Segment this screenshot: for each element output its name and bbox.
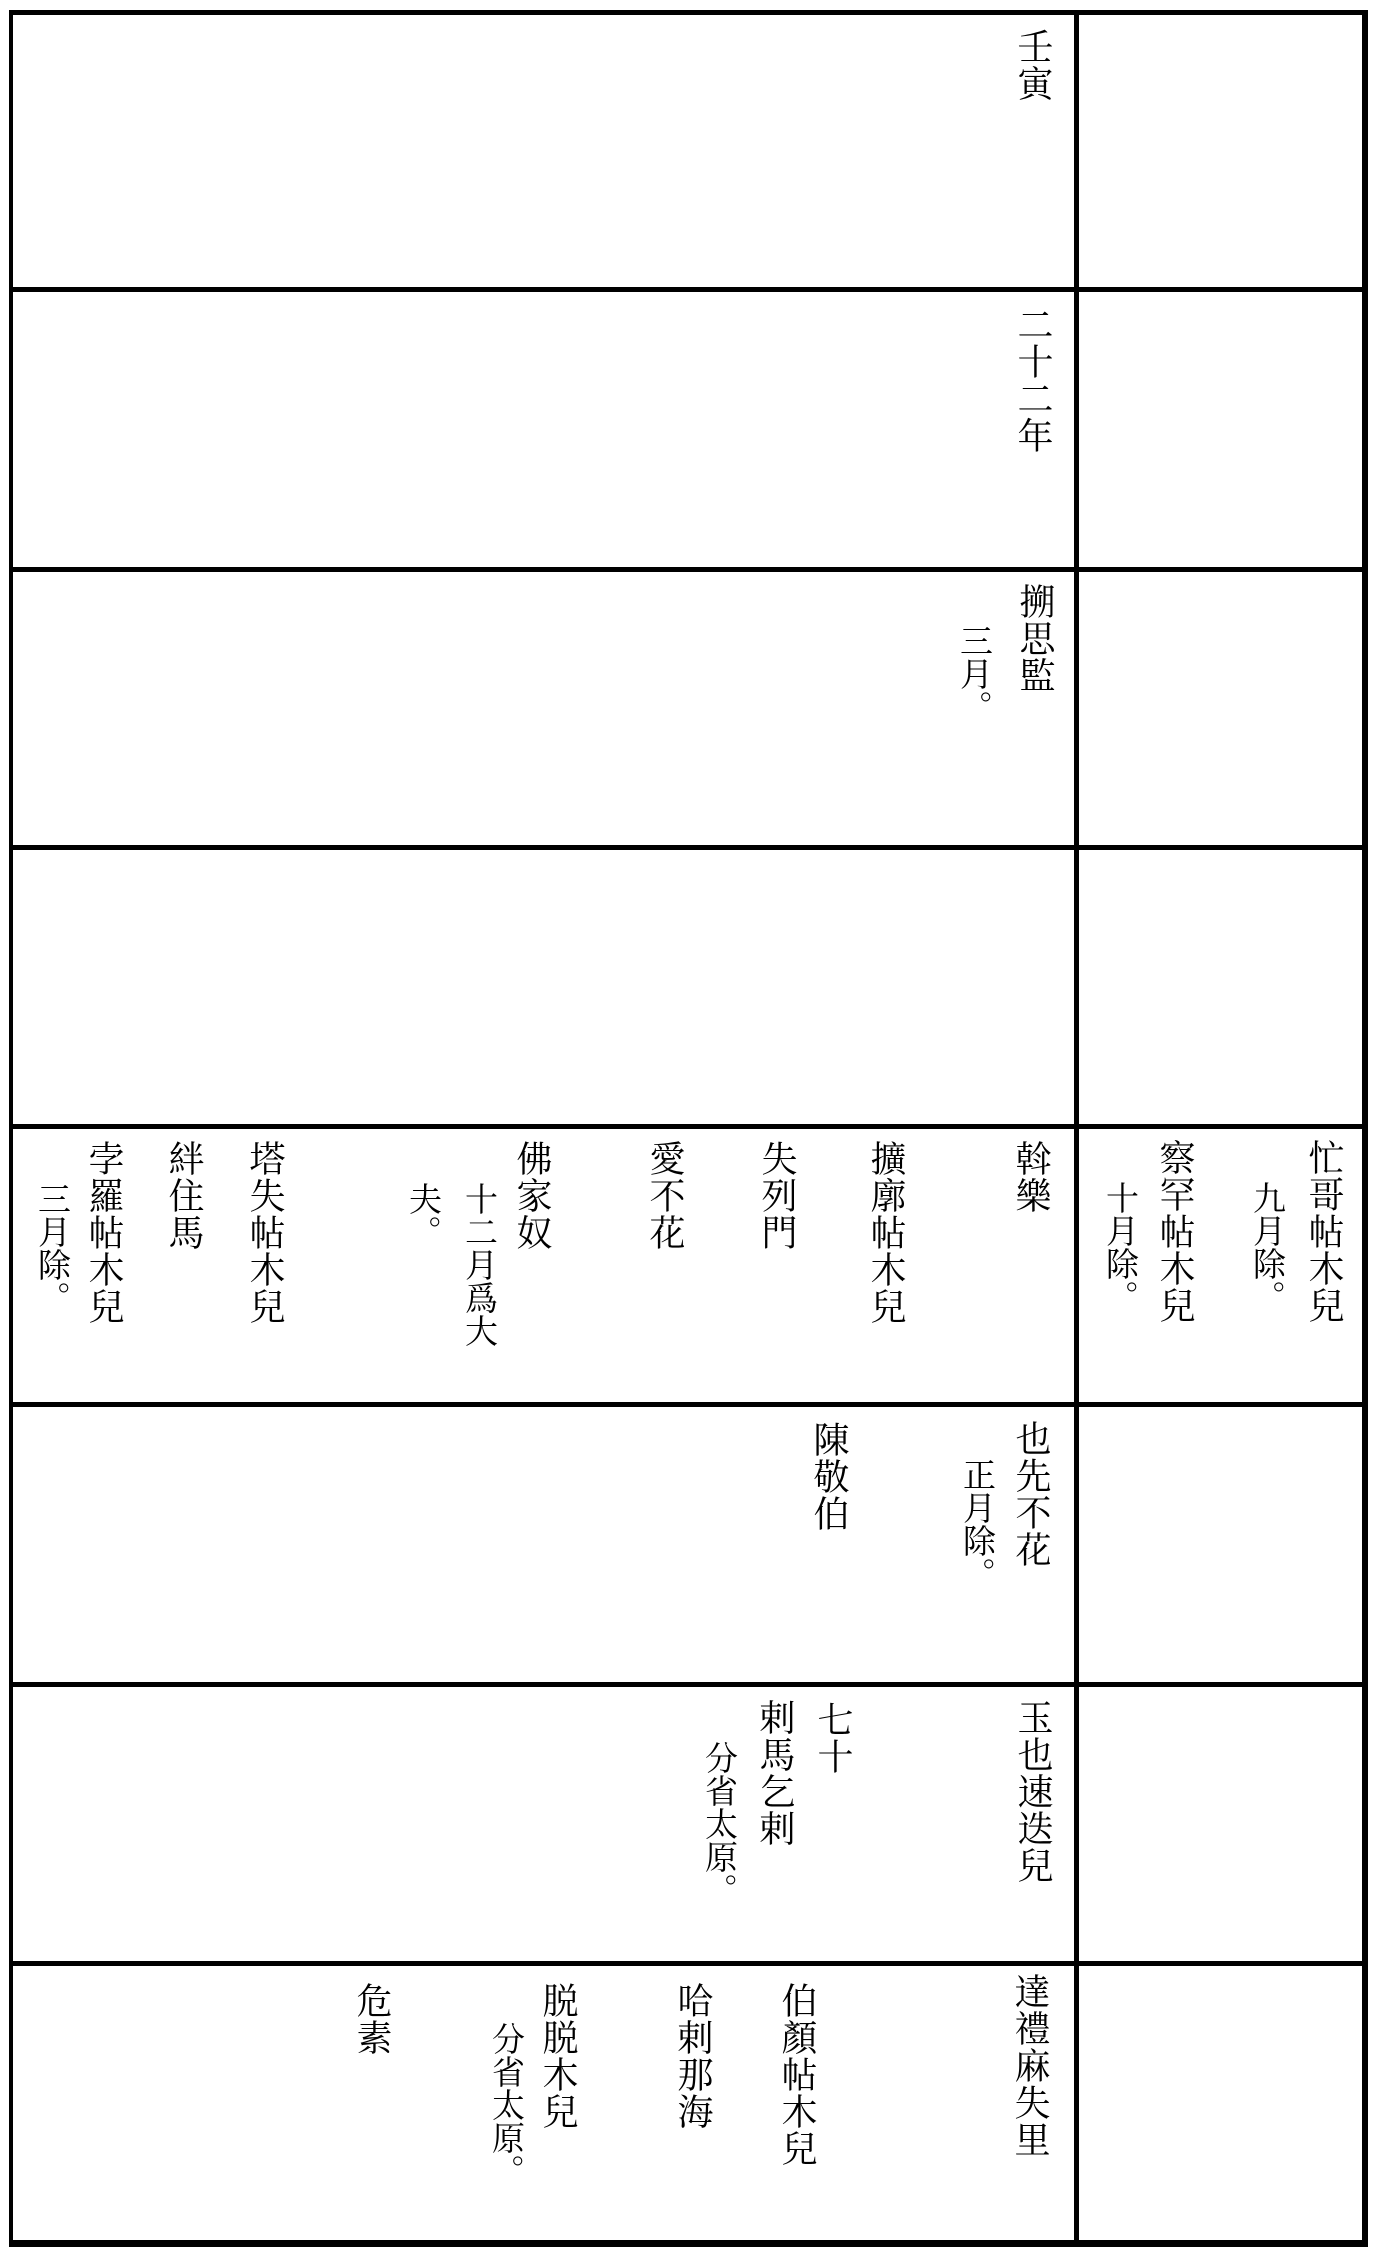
person-name: 忙哥帖木兒 bbox=[1305, 1139, 1341, 1324]
person-name: 塔失帖木兒 bbox=[246, 1140, 282, 1325]
row-divider-2 bbox=[9, 567, 1362, 572]
person-name: 斡樂 bbox=[1012, 1140, 1048, 1214]
appointment-note: 三月除。 bbox=[36, 1182, 69, 1314]
row-divider-7 bbox=[9, 1961, 1362, 1966]
person-name: 察罕帖木兒 bbox=[1156, 1139, 1192, 1324]
person-name: 佛家奴 bbox=[513, 1140, 549, 1251]
regnal-year-label: 二十二年 bbox=[1014, 306, 1050, 454]
row-divider-4 bbox=[9, 1124, 1362, 1129]
table-border-right bbox=[1362, 10, 1368, 2247]
row-divider-5 bbox=[9, 1402, 1362, 1407]
person-name: 剌馬乞剌 bbox=[756, 1699, 792, 1847]
person-name: 孛羅帖木兒 bbox=[85, 1140, 121, 1325]
person-name: 達禮麻失里 bbox=[1011, 1973, 1047, 2158]
person-name: 失列門 bbox=[758, 1140, 794, 1251]
person-name: 擴廓帖木兒 bbox=[867, 1140, 903, 1325]
appointment-note: 正月除。 bbox=[961, 1458, 994, 1590]
person-name: 愛不花 bbox=[646, 1140, 682, 1251]
appointment-note: 三月。 bbox=[958, 624, 991, 723]
cyclic-year-label: 壬寅 bbox=[1014, 28, 1050, 102]
table-border-top bbox=[9, 10, 1368, 15]
person-name: 玉也速迭兒 bbox=[1014, 1699, 1050, 1884]
appointment-note: 十月除。 bbox=[1104, 1181, 1137, 1313]
appointment-note: 分省太原。 bbox=[703, 1741, 736, 1906]
appointment-note: 分省太原。 bbox=[490, 2022, 523, 2187]
appointment-note: 十二月爲大夫。 bbox=[395, 1182, 507, 1368]
person-name: 陳敬伯 bbox=[810, 1421, 846, 1532]
row-divider-1 bbox=[9, 287, 1362, 292]
row-divider-6 bbox=[9, 1682, 1362, 1687]
row-divider-3 bbox=[9, 845, 1362, 850]
person-name: 絆住馬 bbox=[165, 1140, 201, 1251]
person-name: 哈剌那海 bbox=[674, 1982, 710, 2130]
person-name: 也先不花 bbox=[1012, 1420, 1048, 1568]
person-name: 伯顏帖木兒 bbox=[778, 1982, 814, 2167]
appointment-note: 九月除。 bbox=[1251, 1181, 1284, 1313]
table-border-bottom bbox=[9, 2240, 1368, 2247]
person-name: 七十 bbox=[814, 1701, 850, 1775]
manuscript-table-page: 壬寅 二十二年 搠思監 三月。 忙哥帖木兒 九月除。 察罕帖木兒 十月除。 斡樂… bbox=[0, 0, 1377, 2257]
person-name: 危素 bbox=[353, 1982, 389, 2056]
person-name: 搠思監 bbox=[1016, 583, 1052, 694]
person-name: 脱脱木兒 bbox=[539, 1982, 575, 2130]
